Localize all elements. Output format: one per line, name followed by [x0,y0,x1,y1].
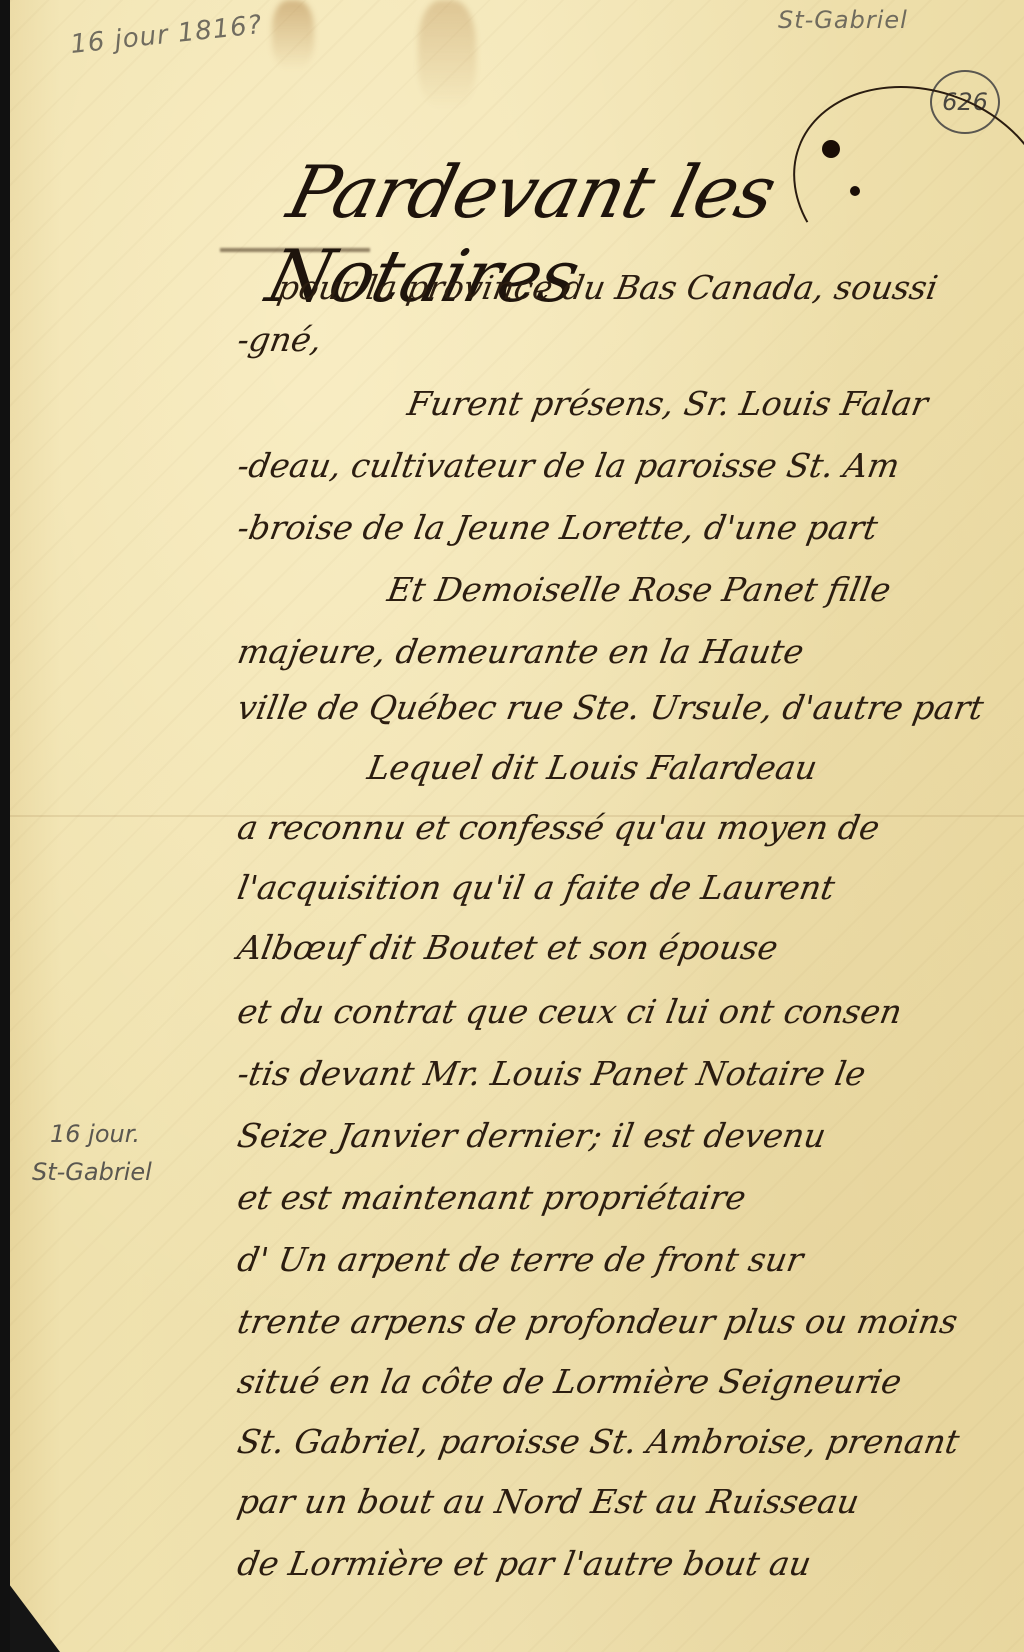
text-line: par un bout au Nord Est au Ruisseau [235,1482,863,1521]
text-line: ville de Québec rue Ste. Ursule, d'autre… [235,688,987,727]
text-line: Et Demoiselle Rose Panet fille [385,570,894,609]
pencil-date-annotation: 16 jour 1816? [69,10,264,60]
text-line: -broise de la Jeune Lorette, d'une part [235,508,881,547]
margin-annotation: 16 jour. St-Gabriel [32,1115,182,1191]
text-line: Albœuf dit Boutet et son épouse [235,928,781,967]
text-line: Furent présens, Sr. Louis Falar [405,384,931,423]
margin-annotation-line: St-Gabriel [32,1153,182,1191]
water-stain [272,0,314,70]
text-line: -tis devant Mr. Louis Panet Notaire le [235,1054,869,1093]
text-line: pour la province du Bas Canada, soussi [275,268,941,307]
text-line: a reconnu et confessé qu'au moyen de [235,808,883,847]
text-line: situé en la côte de Lormière Seigneurie [235,1362,905,1401]
torn-corner [10,1572,60,1652]
text-line: l'acquisition qu'il a faite de Laurent [235,868,838,907]
margin-annotation-line: 16 jour. [32,1115,182,1153]
text-line: de Lormière et par l'autre bout au [235,1544,815,1583]
text-line: majeure, demeurante en la Haute [235,632,807,671]
text-line: -gné, [235,320,325,359]
text-line: Seize Janvier dernier; il est devenu [235,1116,829,1155]
text-line: St. Gabriel, paroisse St. Ambroise, pren… [235,1422,963,1461]
manuscript-page: 16 jour 1816? St-Gabriel 626 Pardevant l… [10,0,1024,1652]
water-stain [418,0,476,110]
text-line: et du contrat que ceux ci lui ont consen [235,992,905,1031]
text-line: et est maintenant propriétaire [235,1178,749,1217]
text-line: Lequel dit Louis Falardeau [365,748,821,787]
text-line: trente arpens de profondeur plus ou moin… [235,1302,961,1341]
pencil-place-annotation: St-Gabriel [778,6,908,34]
text-line: -deau, cultivateur de la paroisse St. Am [235,446,903,485]
text-line: d' Un arpent de terre de front sur [235,1240,807,1279]
